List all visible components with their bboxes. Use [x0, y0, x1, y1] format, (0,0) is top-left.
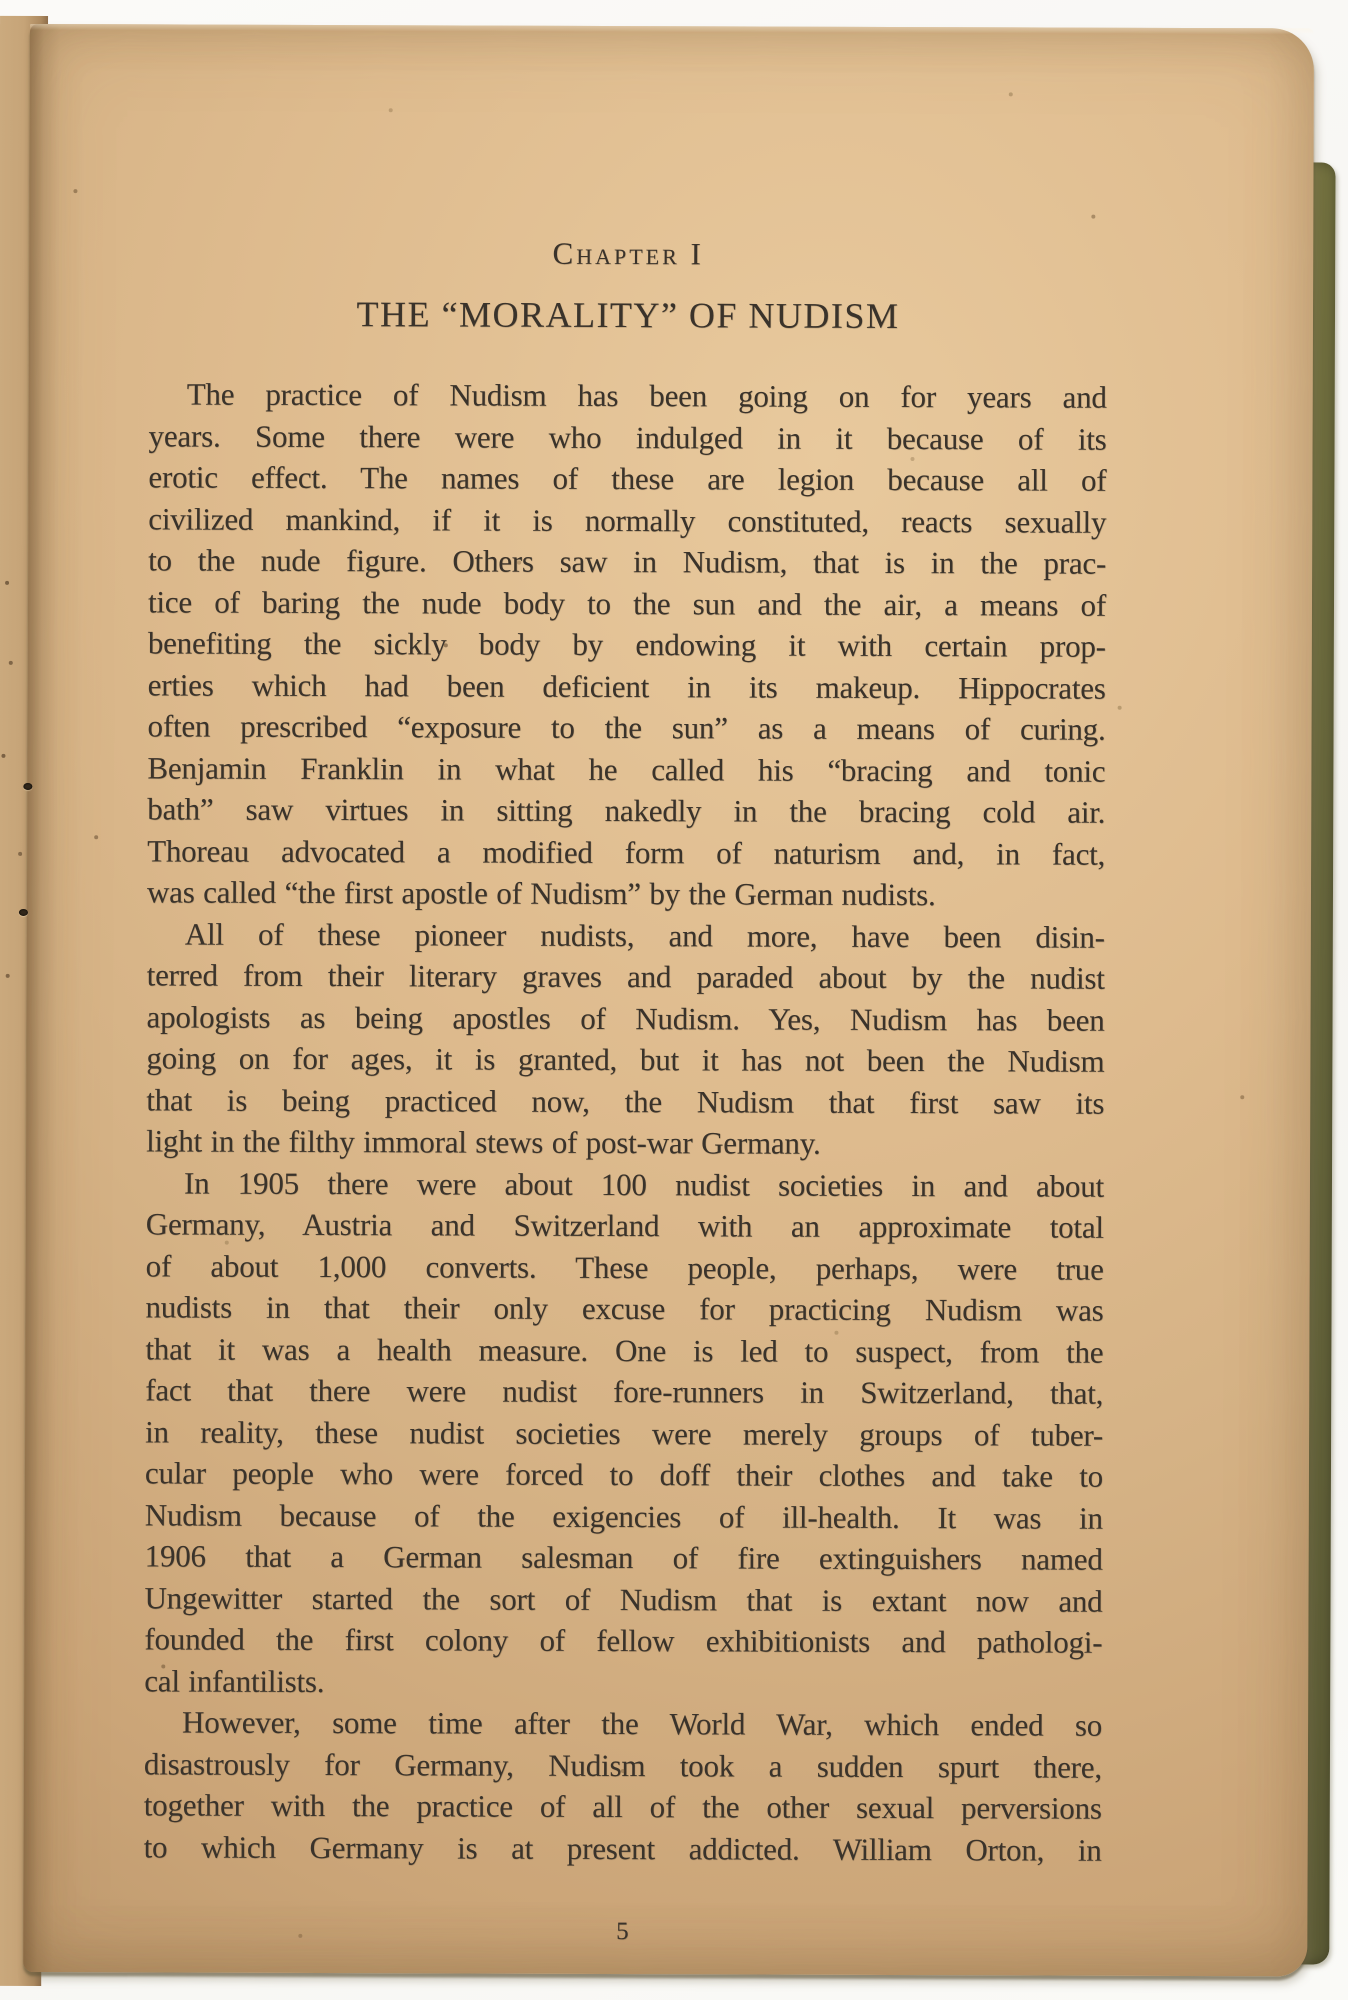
- text-line: tice of baring the nude body to the sun …: [148, 581, 1106, 626]
- text-line: in reality, these nudist societies were …: [145, 1411, 1103, 1456]
- text-line: of about 1,000 converts. These people, p…: [146, 1245, 1104, 1290]
- text-line: However, some time after the World War, …: [144, 1701, 1102, 1746]
- text-line: Thoreau advocated a modified form of nat…: [147, 830, 1105, 875]
- text-line: that is being practiced now, the Nudism …: [146, 1079, 1104, 1124]
- book-page: Chapter I THE “MORALITY” OF NUDISM The p…: [23, 24, 1314, 1976]
- text-line: that it was a health measure. One is led…: [145, 1328, 1103, 1373]
- text-line: All of these pioneer nudists, and more, …: [147, 913, 1105, 958]
- text-line: fact that there were nudist fore-runners…: [145, 1369, 1103, 1414]
- stitch-hole: [19, 909, 28, 916]
- text-line: years. Some there were who indulged in i…: [149, 415, 1107, 460]
- text-line: disastrously for Germany, Nudism took a …: [144, 1743, 1102, 1788]
- open-book: Chapter I THE “MORALITY” OF NUDISM The p…: [0, 0, 1348, 2000]
- text-line: to which Germany is at present addicted.…: [144, 1826, 1102, 1871]
- text-line: was called “the first apostle of Nudism”…: [147, 871, 1105, 916]
- page-number: 5: [143, 1916, 1101, 1947]
- text-line: cal infantilists.: [144, 1660, 1102, 1705]
- text-line: Germany, Austria and Switzerland with an…: [146, 1203, 1104, 1248]
- text-line: cular people who were forced to doff the…: [145, 1452, 1103, 1497]
- chapter-heading: Chapter I: [149, 232, 1107, 275]
- stitch-hole: [23, 783, 32, 790]
- photo-background: Chapter I THE “MORALITY” OF NUDISM The p…: [0, 0, 1348, 2000]
- text-line: benefiting the sickly body by endowing i…: [148, 622, 1106, 667]
- text-line: nudists in that their only excuse for pr…: [145, 1286, 1103, 1331]
- text-line: founded the first colony of fellow exhib…: [144, 1618, 1102, 1663]
- text-line: Nudism because of the exigencies of ill-…: [145, 1494, 1103, 1539]
- text-line: going on for ages, it is granted, but it…: [146, 1037, 1104, 1082]
- text-line: Benjamin Franklin in what he called his …: [147, 747, 1105, 792]
- text-line: erties which had been deficient in its m…: [148, 664, 1106, 709]
- text-line: often prescribed “exposure to the sun” a…: [147, 705, 1105, 750]
- text-line: In 1905 there were about 100 nudist soci…: [146, 1162, 1104, 1207]
- text-line: Ungewitter started the sort of Nudism th…: [144, 1577, 1102, 1622]
- text-line: together with the practice of all of the…: [144, 1784, 1102, 1829]
- body-text: The practice of Nudism has been going on…: [144, 373, 1107, 1870]
- text-line: 1906 that a German salesman of fire exti…: [145, 1535, 1103, 1580]
- page-content: Chapter I THE “MORALITY” OF NUDISM The p…: [143, 232, 1107, 1947]
- text-line: civilized mankind, if it is normally con…: [148, 498, 1106, 543]
- text-line: terred from their literary graves and pa…: [147, 954, 1105, 999]
- text-line: erotic effect. The names of these are le…: [148, 456, 1106, 501]
- chapter-title: THE “MORALITY” OF NUDISM: [149, 290, 1107, 339]
- text-line: The practice of Nudism has been going on…: [149, 373, 1107, 418]
- text-line: apologists as being apostles of Nudism. …: [146, 996, 1104, 1041]
- text-line: to the nude figure. Others saw in Nudism…: [148, 539, 1106, 584]
- text-line: light in the filthy immoral stews of pos…: [146, 1120, 1104, 1165]
- paper-specks: [0, 0, 2, 2]
- text-line: bath” saw virtues in sitting nakedly in …: [147, 788, 1105, 833]
